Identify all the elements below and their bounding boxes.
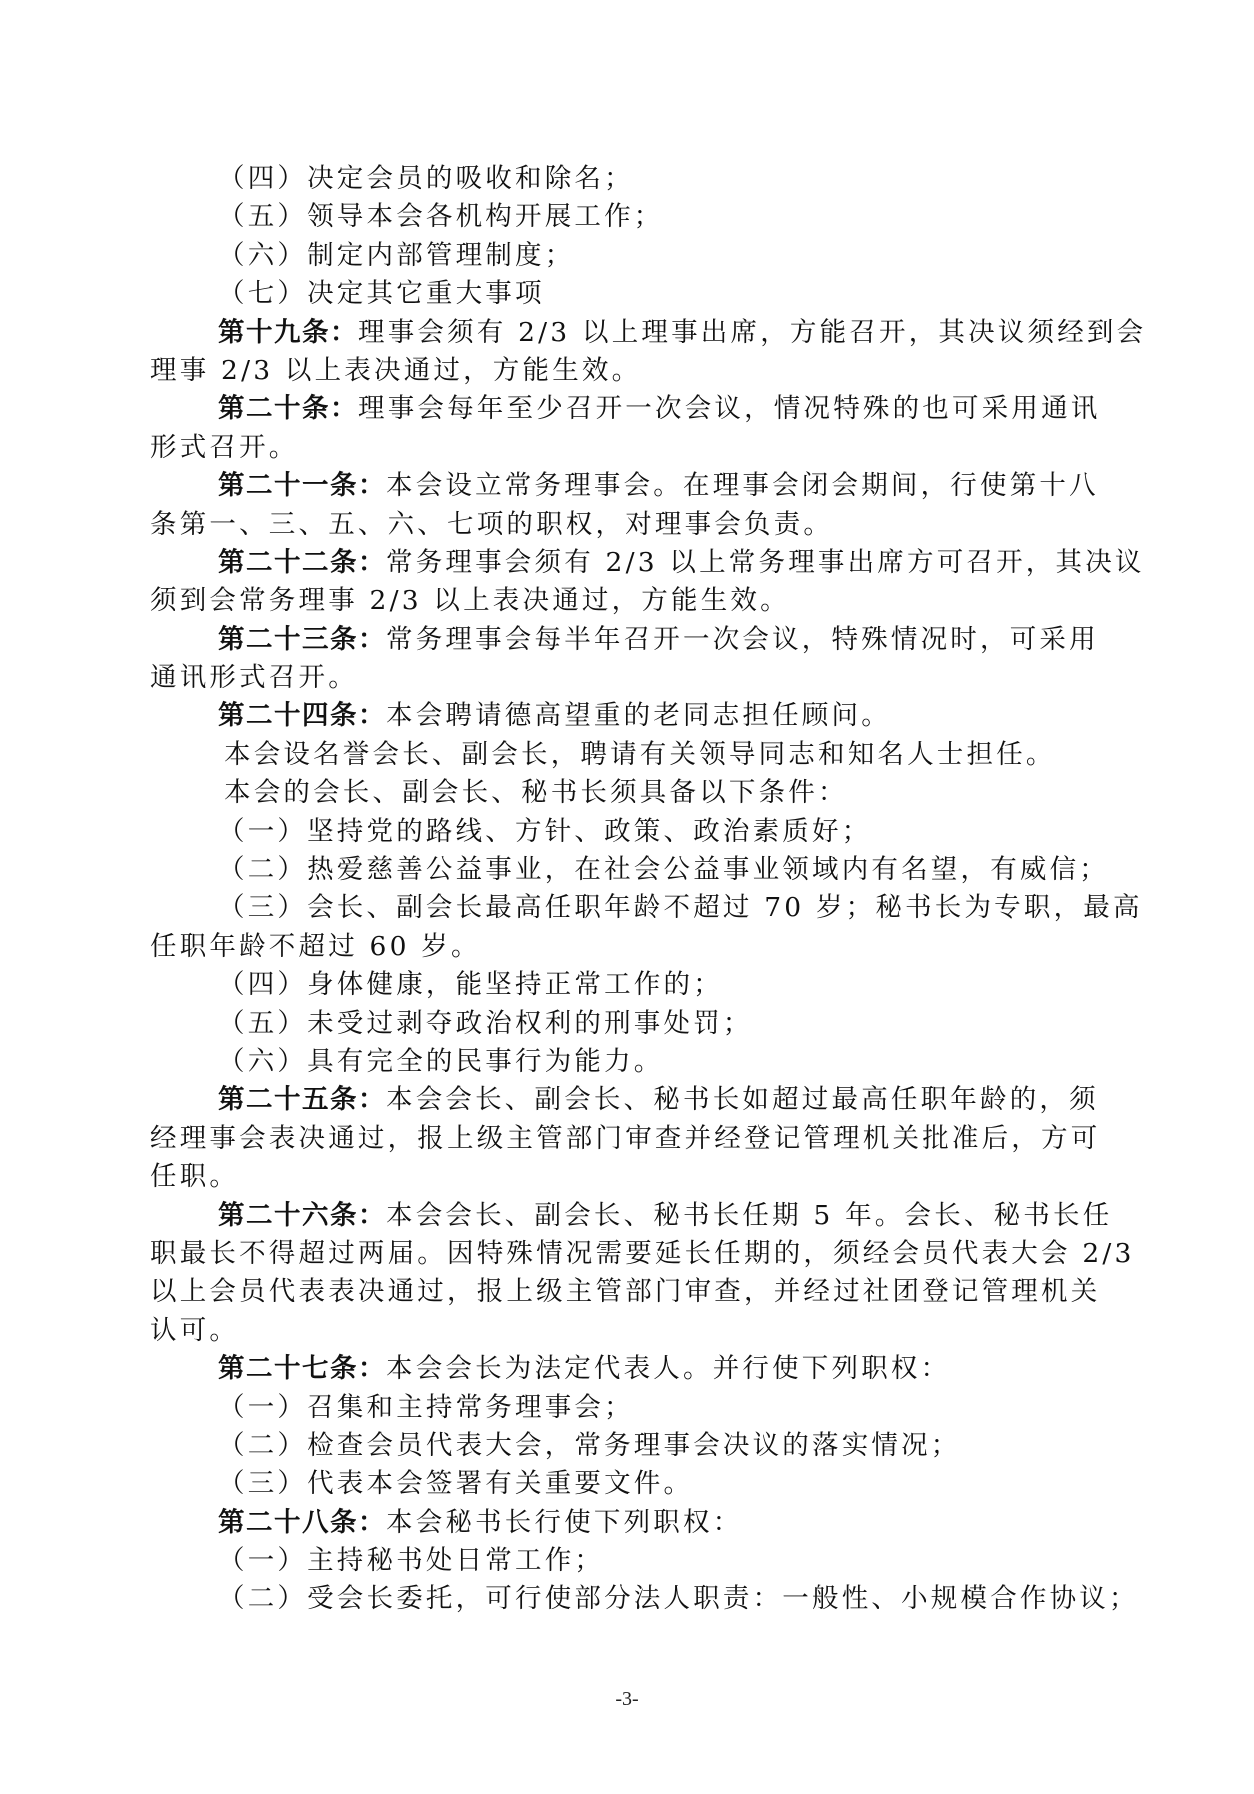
line-text: （一）主持秘书处日常工作； bbox=[218, 1545, 604, 1576]
list-item: （二）受会长委托，可行使部分法人职责：一般性、小规模合作协议； bbox=[150, 1580, 1115, 1618]
line-text: 任职年龄不超过 60 岁。 bbox=[150, 931, 481, 962]
line-text: （一）坚持党的路线、方针、政策、政治素质好； bbox=[218, 816, 871, 847]
continuation-line: 任职。 bbox=[150, 1158, 1115, 1196]
continuation-line: 条第一、三、五、六、七项的职权，对理事会负责。 bbox=[150, 506, 1115, 544]
article-25: 第二十五条：本会会长、副会长、秘书长如超过最高任职年龄的，须 bbox=[150, 1081, 1115, 1119]
line-text: 须到会常务理事 2/3 以上表决通过，方能生效。 bbox=[150, 585, 790, 616]
list-item: （二）检查会员代表大会，常务理事会决议的落实情况； bbox=[150, 1427, 1115, 1465]
continuation-line: 以上会员代表表决通过，报上级主管部门审查，并经过社团登记管理机关 bbox=[150, 1273, 1115, 1311]
list-item: （一）召集和主持常务理事会； bbox=[150, 1389, 1115, 1427]
article-label: 第二十六条： bbox=[218, 1200, 386, 1231]
line-text: （四）身体健康，能坚持正常工作的； bbox=[218, 969, 723, 1000]
article-text: 本会会长为法定代表人。并行使下列职权： bbox=[386, 1353, 950, 1384]
paragraph-line: 本会的会长、副会长、秘书长须具备以下条件： bbox=[150, 774, 1115, 812]
list-item: （一）主持秘书处日常工作； bbox=[150, 1542, 1115, 1580]
article-20: 第二十条：理事会每年至少召开一次会议，情况特殊的也可采用通讯 bbox=[150, 390, 1115, 428]
line-text: （四）决定会员的吸收和除名； bbox=[218, 163, 634, 194]
article-text: 本会会长、副会长、秘书长如超过最高任职年龄的，须 bbox=[386, 1084, 1099, 1115]
article-text: 本会设立常务理事会。在理事会闭会期间，行使第十八 bbox=[386, 470, 1099, 501]
line-text: 任职。 bbox=[150, 1161, 239, 1192]
list-item: （六）具有完全的民事行为能力。 bbox=[150, 1043, 1115, 1081]
line-text: （五）领导本会各机构开展工作； bbox=[218, 201, 664, 232]
article-27: 第二十七条：本会会长为法定代表人。并行使下列职权： bbox=[150, 1350, 1115, 1388]
article-text: 理事会每年至少召开一次会议，情况特殊的也可采用通讯 bbox=[358, 393, 1101, 424]
continuation-line: 认可。 bbox=[150, 1312, 1115, 1350]
continuation-line: 职最长不得超过两届。因特殊情况需要延长任期的，须经会员代表大会 2/3 bbox=[150, 1235, 1115, 1273]
article-21: 第二十一条：本会设立常务理事会。在理事会闭会期间，行使第十八 bbox=[150, 467, 1115, 505]
article-label: 第二十一条： bbox=[218, 470, 386, 501]
list-item: （二）热爱慈善公益事业，在社会公益事业领域内有名望，有威信； bbox=[150, 851, 1115, 889]
line-text: （三）代表本会签署有关重要文件。 bbox=[218, 1468, 693, 1499]
line-text: 认可。 bbox=[150, 1315, 239, 1346]
document-page: （四）决定会员的吸收和除名； （五）领导本会各机构开展工作； （六）制定内部管理… bbox=[150, 160, 1115, 1619]
article-text: 本会聘请德高望重的老同志担任顾问。 bbox=[386, 700, 891, 731]
page-number: -3- bbox=[0, 1688, 1254, 1711]
line-text: （七）决定其它重大事项 bbox=[218, 278, 545, 309]
article-text: 常务理事会须有 2/3 以上常务理事出席方可召开，其决议 bbox=[386, 547, 1145, 578]
list-item: （一）坚持党的路线、方针、政策、政治素质好； bbox=[150, 813, 1115, 851]
line-text: （六）制定内部管理制度； bbox=[218, 240, 574, 271]
line-text: 以上会员代表表决通过，报上级主管部门审查，并经过社团登记管理机关 bbox=[150, 1276, 1100, 1307]
line-text: 本会的会长、副会长、秘书长须具备以下条件： bbox=[224, 777, 848, 808]
article-text: 常务理事会每半年召开一次会议，特殊情况时，可采用 bbox=[386, 624, 1099, 655]
line-text: 通讯形式召开。 bbox=[150, 662, 358, 693]
list-item: （五）领导本会各机构开展工作； bbox=[150, 198, 1115, 236]
article-text: 理事会须有 2/3 以上理事出席，方能召开，其决议须经到会 bbox=[358, 317, 1146, 348]
continuation-line: 须到会常务理事 2/3 以上表决通过，方能生效。 bbox=[150, 582, 1115, 620]
article-label: 第二十四条： bbox=[218, 700, 386, 731]
article-24: 第二十四条：本会聘请德高望重的老同志担任顾问。 bbox=[150, 697, 1115, 735]
line-text: （一）召集和主持常务理事会； bbox=[218, 1392, 634, 1423]
paragraph-line: 本会设名誉会长、副会长，聘请有关领导同志和知名人士担任。 bbox=[150, 736, 1115, 774]
article-label: 第二十五条： bbox=[218, 1084, 386, 1115]
article-label: 第二十条： bbox=[218, 393, 358, 424]
article-23: 第二十三条：常务理事会每半年召开一次会议，特殊情况时，可采用 bbox=[150, 621, 1115, 659]
article-label: 第十九条： bbox=[218, 317, 358, 348]
line-text: （五）未受过剥夺政治权利的刑事处罚； bbox=[218, 1008, 753, 1039]
list-item: （三）会长、副会长最高任职年龄不超过 70 岁；秘书长为专职，最高 bbox=[150, 889, 1115, 927]
article-22: 第二十二条：常务理事会须有 2/3 以上常务理事出席方可召开，其决议 bbox=[150, 544, 1115, 582]
continuation-line: 理事 2/3 以上表决通过，方能生效。 bbox=[150, 352, 1115, 390]
article-28: 第二十八条：本会秘书长行使下列职权： bbox=[150, 1504, 1115, 1542]
line-text: 本会设名誉会长、副会长，聘请有关领导同志和知名人士担任。 bbox=[224, 739, 1056, 770]
article-label: 第二十七条： bbox=[218, 1353, 386, 1384]
article-text: 本会秘书长行使下列职权： bbox=[386, 1507, 742, 1538]
line-text: 经理事会表决通过，报上级主管部门审查并经登记管理机关批准后，方可 bbox=[150, 1123, 1100, 1154]
article-19: 第十九条：理事会须有 2/3 以上理事出席，方能召开，其决议须经到会 bbox=[150, 314, 1115, 352]
line-text: 理事 2/3 以上表决通过，方能生效。 bbox=[150, 355, 641, 386]
article-label: 第二十八条： bbox=[218, 1507, 386, 1538]
line-text: （二）检查会员代表大会，常务理事会决议的落实情况； bbox=[218, 1430, 961, 1461]
continuation-line: 任职年龄不超过 60 岁。 bbox=[150, 928, 1115, 966]
article-26: 第二十六条：本会会长、副会长、秘书长任期 5 年。会长、秘书长任 bbox=[150, 1197, 1115, 1235]
article-label: 第二十二条： bbox=[218, 547, 386, 578]
list-item: （六）制定内部管理制度； bbox=[150, 237, 1115, 275]
line-text: 职最长不得超过两届。因特殊情况需要延长任期的，须经会员代表大会 2/3 bbox=[150, 1238, 1135, 1269]
continuation-line: 通讯形式召开。 bbox=[150, 659, 1115, 697]
article-label: 第二十三条： bbox=[218, 624, 386, 655]
list-item: （三）代表本会签署有关重要文件。 bbox=[150, 1465, 1115, 1503]
line-text: （六）具有完全的民事行为能力。 bbox=[218, 1046, 664, 1077]
article-text: 本会会长、副会长、秘书长任期 5 年。会长、秘书长任 bbox=[386, 1200, 1112, 1231]
continuation-line: 形式召开。 bbox=[150, 429, 1115, 467]
line-text: （二）热爱慈善公益事业，在社会公益事业领域内有名望，有威信； bbox=[218, 854, 1109, 885]
list-item: （五）未受过剥夺政治权利的刑事处罚； bbox=[150, 1005, 1115, 1043]
continuation-line: 经理事会表决通过，报上级主管部门审查并经登记管理机关批准后，方可 bbox=[150, 1120, 1115, 1158]
line-text: （二）受会长委托，可行使部分法人职责：一般性、小规模合作协议； bbox=[218, 1583, 1139, 1614]
line-text: （三）会长、副会长最高任职年龄不超过 70 岁；秘书长为专职，最高 bbox=[218, 892, 1143, 923]
line-text: 形式召开。 bbox=[150, 432, 299, 463]
list-item: （七）决定其它重大事项 bbox=[150, 275, 1115, 313]
line-text: 条第一、三、五、六、七项的职权，对理事会负责。 bbox=[150, 509, 833, 540]
list-item: （四）身体健康，能坚持正常工作的； bbox=[150, 966, 1115, 1004]
list-item: （四）决定会员的吸收和除名； bbox=[150, 160, 1115, 198]
